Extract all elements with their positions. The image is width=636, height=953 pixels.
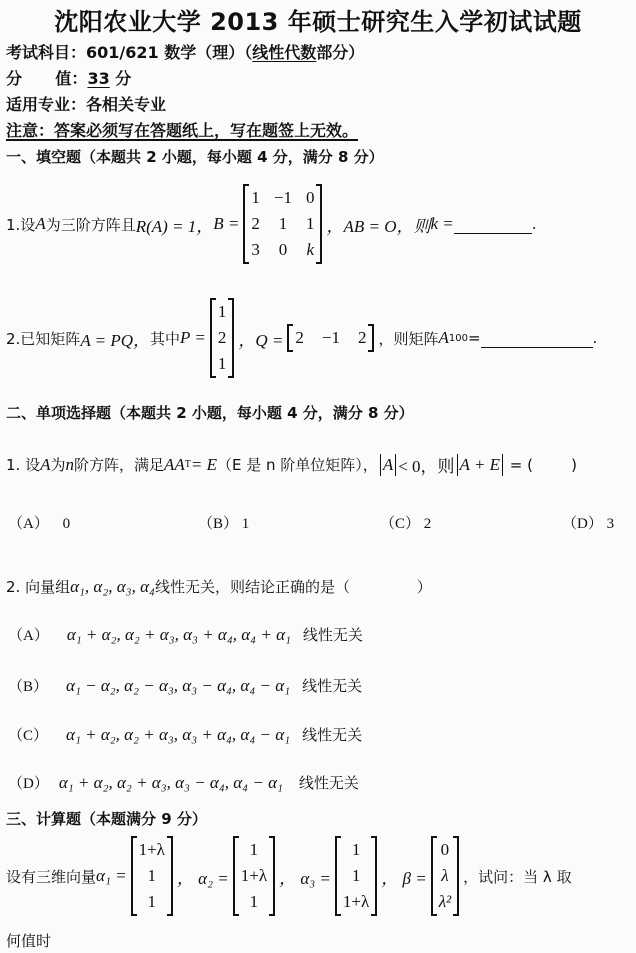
cell: 1 [218, 302, 227, 322]
cell: 0 [439, 840, 451, 860]
cell: 2 [251, 214, 260, 234]
subject-line: 考试科目：601/621 数学（理）（线性代数部分） [6, 40, 364, 63]
cell: 0 [306, 188, 315, 208]
option-label: （D） [8, 776, 49, 792]
det-bar [380, 454, 381, 476]
option-label: （A） [8, 628, 49, 644]
math-alpha3: ， α₃ = [279, 864, 331, 889]
q-text: 设有三维向量 [6, 866, 96, 887]
vector-alpha2: 11+λ1 [233, 838, 275, 914]
math-Q-label: ，Q = [238, 326, 283, 351]
math-alpha1: α₁ = [96, 866, 127, 886]
q-number: 2.已知矩阵 [6, 328, 80, 349]
cell: 1+λ [343, 892, 369, 912]
exam-title: 沈阳农业大学 2013 年硕士研究生入学初试试题 [0, 2, 636, 37]
vector-beta: 0λλ² [431, 838, 459, 914]
math-beta: ， β = [381, 864, 426, 889]
math-detA: A [383, 455, 393, 475]
cell: 1 [241, 840, 267, 860]
cell: 3 [251, 240, 260, 260]
math-n: n [66, 455, 75, 475]
option-value: 1 [242, 516, 250, 532]
cell: 1 [251, 188, 260, 208]
det-bar [395, 454, 396, 476]
answer-paren[interactable]: = ( ) [505, 456, 577, 474]
answer-blank[interactable] [481, 329, 593, 348]
option-label: （D） [562, 516, 603, 532]
math-rank: R(A) = 1， [136, 212, 214, 237]
option-D[interactable]: （D） 3 [562, 512, 614, 533]
cell: 1 [306, 214, 315, 234]
matrix-Q: 2−12 [287, 326, 374, 350]
q-text: 为三阶方阵且 [46, 214, 136, 235]
det-bar [457, 454, 458, 476]
score-unit: 分 [110, 69, 132, 88]
math-A: A [40, 455, 50, 475]
q-text: 其中 [150, 328, 180, 349]
q-text: ，则矩阵 [378, 328, 438, 349]
section2-heading: 二、单项选择题（本题共 2 小题，每小题 4 分，满分 8 分） [6, 402, 414, 423]
option-value: 3 [607, 516, 615, 532]
score-value: 33 [87, 69, 109, 88]
math-alpha2: ， α₂ = [177, 864, 229, 889]
cell: 1+λ [139, 840, 165, 860]
math-A: A [438, 328, 448, 348]
option-expr: α₁ + α₂, α₂ + α₃, α₃ + α₄, α₄ + α₁ [67, 625, 291, 644]
subject-part-rest: 部分） [316, 43, 364, 62]
option-label: （B） [8, 679, 48, 695]
option-expr: α₁ + α₂, α₂ + α₃, α₃ − α₄, α₄ − α₁ [59, 773, 283, 792]
option-A[interactable]: （A）α₁ + α₂, α₂ + α₃, α₃ + α₄, α₄ + α₁线性无… [8, 624, 363, 645]
q-number: 1.设 [6, 214, 35, 235]
option-expr: α₁ + α₂, α₂ + α₃, α₃ + α₄, α₄ − α₁ [66, 725, 290, 744]
vector-alpha1: 1+λ11 [131, 838, 173, 914]
math-k: k = [431, 214, 454, 234]
cell: −1 [322, 328, 340, 348]
math-E: = E [191, 455, 217, 475]
q-number: 1. 设 [6, 454, 40, 475]
period: . [593, 329, 598, 347]
calc-question: 设有三维向量 α₁ = 1+λ11 ， α₂ = 11+λ1 ， α₃ = 11… [6, 836, 572, 916]
major-label: 适用专业： [6, 95, 86, 114]
option-B[interactable]: （B） 1 [198, 512, 249, 533]
choice-question-1: 1. 设 A 为 n 阶方阵，满足 AAT = E （E 是 n 阶单位矩阵），… [6, 452, 630, 477]
cell: λ [439, 866, 451, 886]
section1-heading: 一、填空题（本题共 2 小题，每小题 4 分，满分 8 分） [6, 146, 384, 167]
cell: 1 [218, 354, 227, 374]
vector-alpha3: 111+λ [335, 838, 377, 914]
cell: 1 [139, 892, 165, 912]
option-value: 0 [63, 516, 71, 532]
option-C[interactable]: （C） 2 [380, 512, 431, 533]
q-text: （E 是 n 阶单位矩阵）， [217, 454, 378, 475]
cell: 1 [241, 892, 267, 912]
option-D[interactable]: （D）α₁ + α₂, α₂ + α₃, α₃ − α₄, α₄ − α₁线性无… [8, 772, 359, 793]
option-tail: 线性无关 [299, 774, 359, 792]
math-A: A [35, 214, 45, 234]
q-text: 为 [50, 454, 65, 475]
equals: = [468, 329, 481, 347]
section3-heading: 三、计算题（本题满分 9 分） [6, 808, 207, 829]
cell: k [306, 240, 315, 260]
q-text: 线性无关，则结论正确的是（ ） [155, 578, 432, 596]
math-lt: < 0，则 [398, 452, 454, 477]
option-label: （C） [380, 516, 420, 532]
choice-question-2: 2. 向量组α₁, α₂, α₃, α₄线性无关，则结论正确的是（ ） [6, 576, 432, 597]
cell: 2 [358, 328, 367, 348]
matrix-B: 1−10 211 30k [243, 186, 322, 262]
math-A-PQ: A = PQ， [80, 326, 150, 351]
cell: 2 [218, 328, 227, 348]
fill-question-1: 1.设 A 为三阶方阵且 R(A) = 1， B = 1−10 211 30k … [6, 182, 537, 266]
cell: 1 [343, 840, 369, 860]
calc-question-cont: 何值时 [6, 930, 51, 951]
math-AAT: AA [164, 455, 185, 475]
q-text: 阶方阵，满足 [74, 454, 164, 475]
option-tail: 线性无关 [303, 626, 363, 644]
cell: 0 [274, 240, 292, 260]
option-A[interactable]: （A） 0 [8, 512, 70, 533]
cell: 1+λ [241, 866, 267, 886]
option-tail: 线性无关 [302, 726, 362, 744]
subject-label: 考试科目： [6, 43, 86, 62]
det-bar [502, 454, 503, 476]
major-line: 适用专业：各相关专业 [6, 92, 166, 115]
score-line: 分 值：33 分 [6, 66, 131, 89]
math-B-label: B = [213, 214, 239, 234]
cell: 1 [343, 866, 369, 886]
cell: 1 [139, 866, 165, 886]
exponent: 100 [449, 333, 468, 344]
option-C[interactable]: （C）α₁ + α₂, α₂ + α₃, α₃ + α₄, α₄ − α₁线性无… [8, 724, 362, 745]
q-number: 2. 向量组 [6, 578, 70, 596]
option-label: （B） [198, 516, 238, 532]
option-value: 2 [424, 516, 432, 532]
math-vectors: α₁, α₂, α₃, α₄ [70, 577, 155, 596]
cell: 1 [274, 214, 292, 234]
score-label: 分 值： [6, 69, 87, 88]
cell: −1 [274, 188, 292, 208]
matrix-P: 121 [210, 300, 235, 376]
period: . [532, 215, 537, 233]
subject-code: 601/621 数学（理） [86, 43, 244, 62]
major-value: 各相关专业 [86, 95, 166, 114]
option-label: （C） [8, 728, 48, 744]
notice: 注意：答案必须写在答题纸上，写在题签上无效。 [6, 118, 358, 141]
math-detAE: A + E [460, 455, 500, 475]
q-text: ，试问：当 λ 取 [463, 866, 571, 887]
option-expr: α₁ − α₂, α₂ − α₃, α₃ − α₄, α₄ − α₁ [66, 676, 290, 695]
fill-question-2: 2.已知矩阵 A = PQ， 其中 P = 121 ，Q = 2−12 ，则矩阵… [6, 296, 597, 380]
cell: 2 [295, 328, 304, 348]
answer-blank[interactable] [454, 215, 532, 234]
option-label: （A） [8, 516, 49, 532]
cell: λ² [439, 892, 451, 912]
option-B[interactable]: （B）α₁ − α₂, α₂ − α₃, α₃ − α₄, α₄ − α₁线性无… [8, 675, 362, 696]
math-P-label: P = [180, 328, 206, 348]
math-AB: ，AB = O，则 [326, 212, 430, 237]
option-tail: 线性无关 [302, 677, 362, 695]
subject-part: 线性代数 [252, 43, 316, 62]
